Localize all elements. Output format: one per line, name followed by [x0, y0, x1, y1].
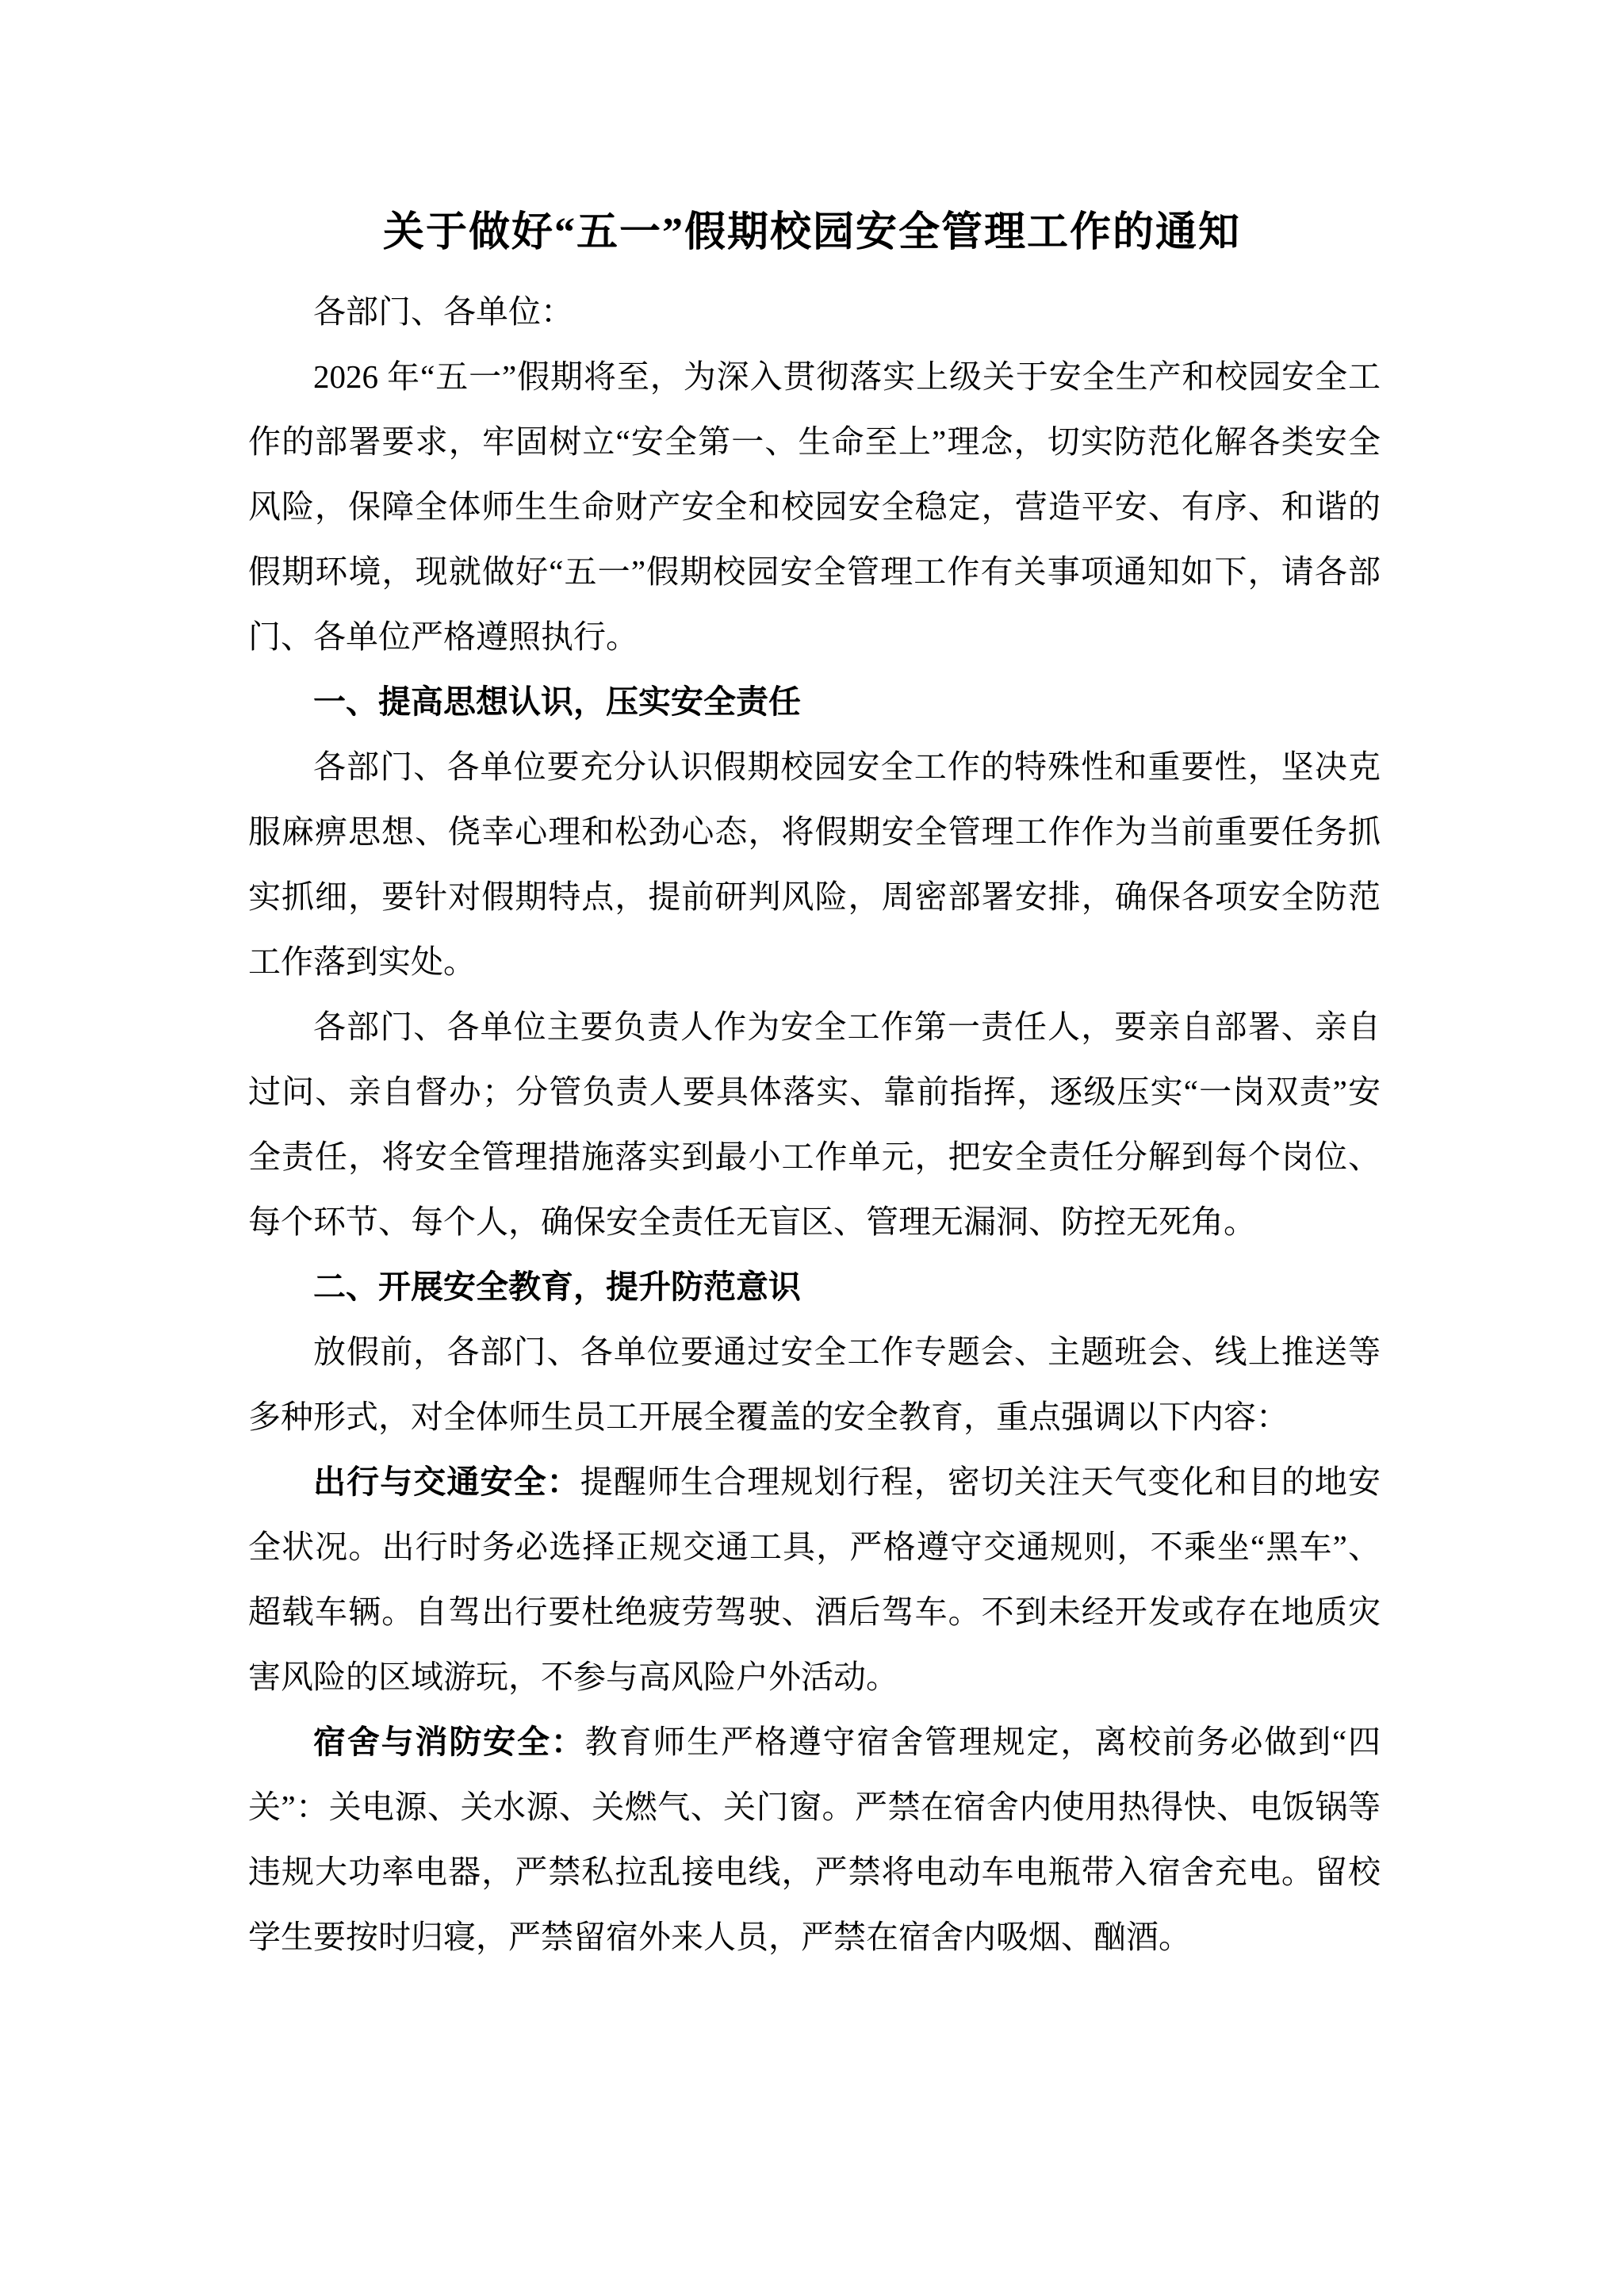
document-body: 各部门、各单位： 2026 年“五一”假期将至，为深入贯彻落实上级关于安全生产和…: [248, 279, 1381, 1969]
salutation-line: 各部门、各单位：: [248, 279, 1381, 344]
document-title: 关于做好“五一”假期校园安全管理工作的通知: [0, 205, 1624, 262]
section-2-paragraph-1: 放假前，各部门、各单位要通过安全工作专题会、主题班会、线上推送等多种形式，对全体…: [248, 1319, 1381, 1449]
section-1-paragraph-1: 各部门、各单位要充分认识假期校园安全工作的特殊性和重要性，坚决克服麻痹思想、侥幸…: [248, 734, 1381, 994]
document-page: 关于做好“五一”假期校园安全管理工作的通知 各部门、各单位： 2026 年“五一…: [0, 0, 1624, 2296]
travel-safety-label: 出行与交通安全：: [313, 1464, 580, 1500]
dorm-fire-safety-label: 宿舍与消防安全：: [313, 1724, 585, 1760]
dorm-fire-safety-paragraph: 宿舍与消防安全：教育师生严格遵守宿舍管理规定，离校前务必做到“四关”：关电源、关…: [248, 1709, 1381, 1969]
intro-paragraph: 2026 年“五一”假期将至，为深入贯彻落实上级关于安全生产和校园安全工作的部署…: [248, 344, 1381, 669]
travel-safety-paragraph: 出行与交通安全：提醒师生合理规划行程，密切关注天气变化和目的地安全状况。出行时务…: [248, 1449, 1381, 1709]
section-1-paragraph-2: 各部门、各单位主要负责人作为安全工作第一责任人，要亲自部署、亲自过问、亲自督办；…: [248, 994, 1381, 1254]
section-2-heading: 二、开展安全教育，提升防范意识: [248, 1254, 1381, 1319]
section-1-heading: 一、提高思想认识，压实安全责任: [248, 669, 1381, 734]
